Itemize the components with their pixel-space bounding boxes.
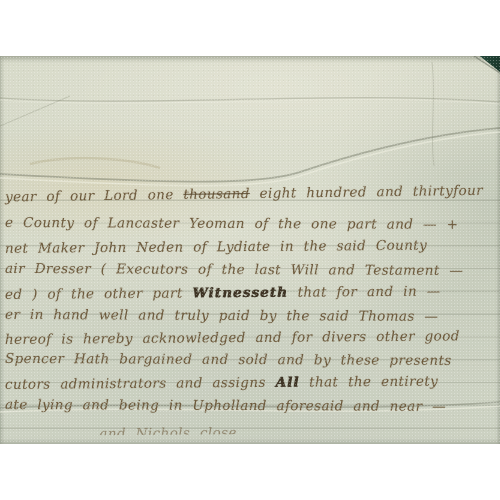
script-text: year of our Lord one	[5, 187, 184, 205]
manuscript-line: hereof is hereby acknowledged and for di…	[0, 328, 500, 349]
letterbox-bottom	[0, 444, 500, 500]
script-text: air Dresser ( Executors of the last Will…	[5, 261, 463, 279]
script-text: ed ) of the other part	[5, 285, 192, 302]
script-text: er in hand well and truly paid by the sa…	[5, 307, 438, 325]
manuscript-line: Spencer Hath bargained and sold and by t…	[0, 351, 500, 370]
emphasis-word: Witnesseth	[192, 285, 288, 302]
script-text: hereof is hereby acknowledged and for di…	[5, 328, 460, 348]
manuscript-line: net Maker John Neden of Lydiate in the s…	[0, 237, 500, 258]
script-text: that for and in —	[288, 284, 441, 301]
letterbox-top	[0, 0, 500, 56]
manuscript-line: cutors administrators and assigns All th…	[0, 373, 500, 394]
manuscript-text: year of our Lord one thousand eight hund…	[0, 56, 500, 444]
manuscript-line: … … … … and Nichols close …	[0, 423, 500, 436]
script-text: ate lying and being in Upholland aforesa…	[5, 397, 446, 415]
script-text: … … … … and Nichols close …	[5, 425, 261, 436]
script-text: net Maker John Neden of Lydiate in the s…	[5, 238, 427, 257]
script-text: eight hundred and thirtyfour	[250, 183, 483, 202]
screenshot-canvas: year of our Lord one thousand eight hund…	[0, 0, 500, 500]
script-text: that the entirety	[299, 374, 438, 391]
manuscript-line: ate lying and being in Upholland aforesa…	[0, 397, 500, 416]
script-text: e County of Lancaster Yeoman of the one …	[5, 215, 458, 233]
manuscript-line: ed ) of the other part Witnesseth that f…	[0, 283, 500, 304]
manuscript-line: e County of Lancaster Yeoman of the one …	[0, 215, 500, 234]
document-photo: year of our Lord one thousand eight hund…	[0, 56, 500, 444]
script-text: Spencer Hath bargained and sold and by t…	[5, 351, 452, 369]
manuscript-line: air Dresser ( Executors of the last Will…	[0, 261, 500, 280]
emphasis-word: All	[275, 375, 299, 391]
manuscript-line: er in hand well and truly paid by the sa…	[0, 307, 500, 326]
script-text: cutors administrators and assigns	[5, 375, 276, 393]
manuscript-line: year of our Lord one thousand eight hund…	[0, 183, 500, 207]
script-text: thousand	[183, 186, 250, 203]
